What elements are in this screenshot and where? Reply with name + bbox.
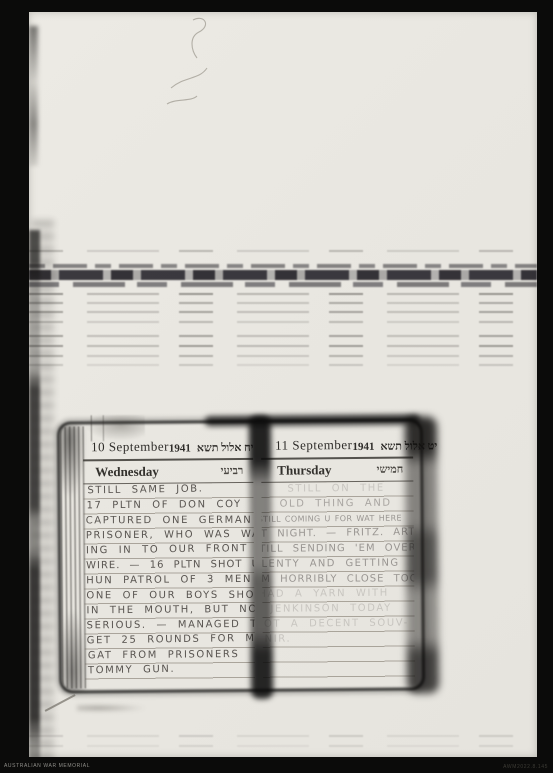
- weekday-english: Thursday: [277, 462, 331, 478]
- handwritten-line: HAD A YARN WITH: [261, 586, 414, 602]
- streak-line: [29, 293, 537, 295]
- accession-number: AWM2022.8.145: [503, 764, 548, 770]
- pencil-squiggle-mark: [147, 16, 237, 111]
- diary-page-right: 11 September 1941 יט אלול תשא Thursday ח…: [261, 422, 415, 685]
- handwriting-area: STILL ON THE OLD THING AND STILL COMING …: [261, 481, 415, 683]
- handwritten-line: ENIR.: [261, 631, 414, 647]
- toner-smudge: [60, 611, 87, 691]
- handwritten-line: AT NIGHT. — FRITZ. ARTY: [261, 526, 414, 543]
- handwritten-line: JENKINSON TODAY: [262, 601, 414, 617]
- handwritten-line: 'EM HORRIBLY CLOSE TOO: [261, 572, 414, 588]
- toner-smudge: [77, 704, 147, 712]
- streak-line: [29, 250, 537, 252]
- handwritten-line: WIRE. — 16 PLTN SHOT UP: [84, 558, 254, 574]
- streak-line: [29, 364, 537, 366]
- streak-line: [29, 355, 537, 357]
- photocopy-paper: 10 September 1941 יח אלול תשא Wednesday …: [29, 12, 537, 757]
- date-english: 10 September: [91, 439, 169, 456]
- diary-page-left: 10 September 1941 יח אלול תשא Wednesday …: [83, 424, 255, 687]
- streak-line: [29, 345, 537, 347]
- weekday-hebrew: רביעי: [221, 465, 244, 477]
- diary-book: 10 September 1941 יח אלול תשא Wednesday …: [57, 418, 425, 693]
- streak-line: [29, 735, 537, 737]
- weekday-header: Thursday חמישי: [261, 458, 413, 482]
- edge-smudge: [32, 220, 54, 757]
- handwritten-line: STILL SENDING 'EM OVER: [261, 541, 414, 557]
- book-edge-smudge: [405, 416, 439, 694]
- date-year: 1941: [352, 441, 374, 453]
- weekday-hebrew: חמישי: [377, 464, 404, 476]
- weekday-english: Wednesday: [95, 464, 159, 481]
- handwritten-line: STILL ON THE: [261, 481, 413, 497]
- date-hebrew: יח אלול תשא: [197, 442, 254, 454]
- streak-line: [29, 321, 537, 323]
- archive-watermark: AUSTRALIAN WAR MEMORIAL: [4, 763, 90, 769]
- date-year: 1941: [169, 442, 191, 454]
- archival-scan: { "footer": { "archive_name": "AUSTRALIA…: [0, 0, 553, 773]
- handwritten-line: STILL SAME JOB.: [83, 483, 253, 499]
- edge-smudge: [29, 26, 38, 166]
- handwritten-line: 17 PLTN OF DON COY: [83, 498, 253, 514]
- streak-line: [29, 745, 537, 747]
- toner-smudge: [59, 425, 86, 495]
- handwritten-line: HUN PATROL OF 3 MEN: [84, 573, 254, 589]
- date-english: 11 September: [275, 437, 353, 454]
- streak-line: [29, 302, 537, 304]
- handwritten-line: ING IN TO OUR FRONT: [84, 542, 254, 559]
- handwritten-line: GOT A DECENT SOUV-: [261, 616, 414, 632]
- streak-line: [29, 311, 537, 313]
- handwritten-line: IN THE MOUTH, BUT NOT: [84, 603, 254, 619]
- handwriting-area: STILL SAME JOB. 17 PLTN OF DON COY CAPTU…: [83, 483, 255, 685]
- handwritten-line: CAPTURED ONE GERMAN: [84, 514, 254, 530]
- date-header: 11 September 1941 יט אלול תשא: [261, 422, 413, 459]
- streak-line: [29, 335, 537, 337]
- handwritten-line: GET 25 ROUNDS FOR MY: [85, 632, 255, 649]
- handwritten-line: OLD THING AND: [261, 496, 413, 512]
- handwritten-line: TOMMY GUN.: [85, 661, 255, 679]
- handwritten-line: ONE OF OUR BOYS SHOT: [84, 589, 254, 605]
- handwritten-line: PLENTY AND GETTING: [261, 556, 414, 572]
- book-gutter-smudge: [249, 416, 273, 699]
- weekday-header: Wednesday רביעי: [83, 460, 253, 484]
- copier-streak-band: [29, 264, 537, 290]
- date-header: 10 September 1941 יח אלול תשא: [83, 424, 253, 461]
